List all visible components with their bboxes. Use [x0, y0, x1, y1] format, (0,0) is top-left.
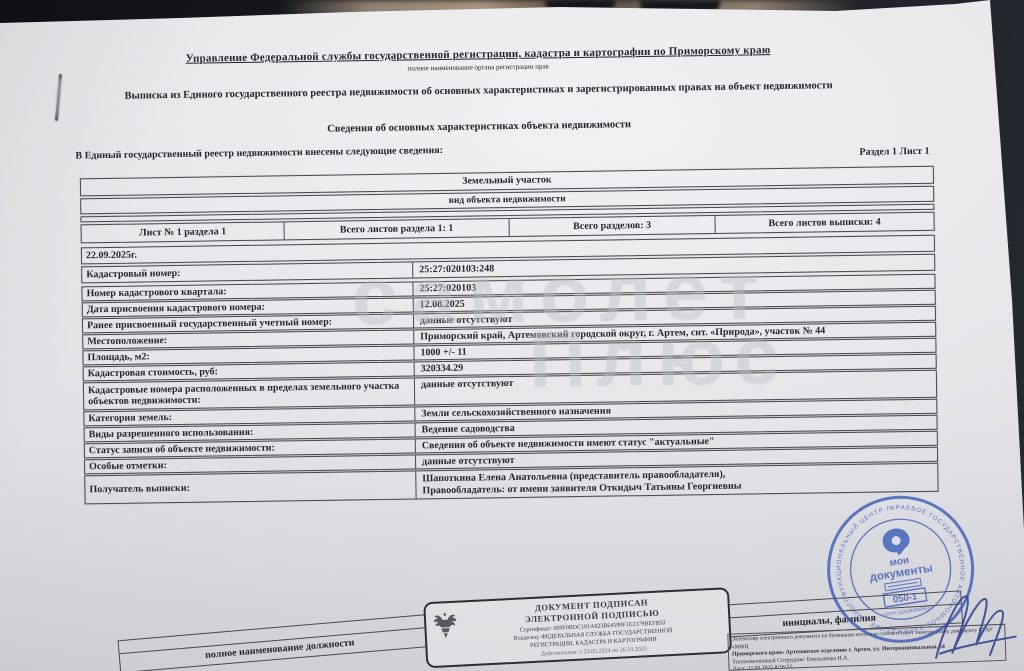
sheet-number-cell: Лист № 1 раздела 1: [82, 222, 285, 242]
property-table: Земельный участок вид объекта недвижимос…: [80, 166, 939, 505]
document-content: Управление Федеральной службы государств…: [0, 0, 1024, 671]
row-label: Получатель выписки:: [85, 471, 416, 503]
row-value: 25:27:020103:248: [413, 256, 934, 275]
row-label: Кадастровый номер:: [82, 262, 413, 282]
esign-stamp: ДОКУМЕНТ ПОДПИСАН ЭЛЕКТРОННОЙ ПОДПИСЬЮ С…: [423, 587, 732, 668]
handwritten-signature: [929, 586, 1022, 664]
sheets-total-cell: Всего листов выписки: 4: [715, 213, 933, 233]
extract-title: Выписка из Единого государственного реес…: [79, 80, 879, 103]
row-label: Кадастровые номера расположенных в преде…: [84, 378, 415, 409]
intro-line: В Единый государственный реестр недвижим…: [75, 145, 443, 161]
sheets-in-section-cell: Всего листов раздела 1: 1: [285, 219, 510, 239]
section-sheet-ref: Раздел 1 Лист 1: [737, 146, 929, 160]
sections-total-cell: Всего разделов: 3: [510, 216, 716, 236]
position-signature-box: полное наименование должности: [117, 613, 441, 671]
mfc-code: 050-1: [892, 591, 918, 606]
coat-of-arms-icon: [431, 606, 463, 645]
section-title: Сведения об основных характеристиках объ…: [79, 116, 879, 139]
